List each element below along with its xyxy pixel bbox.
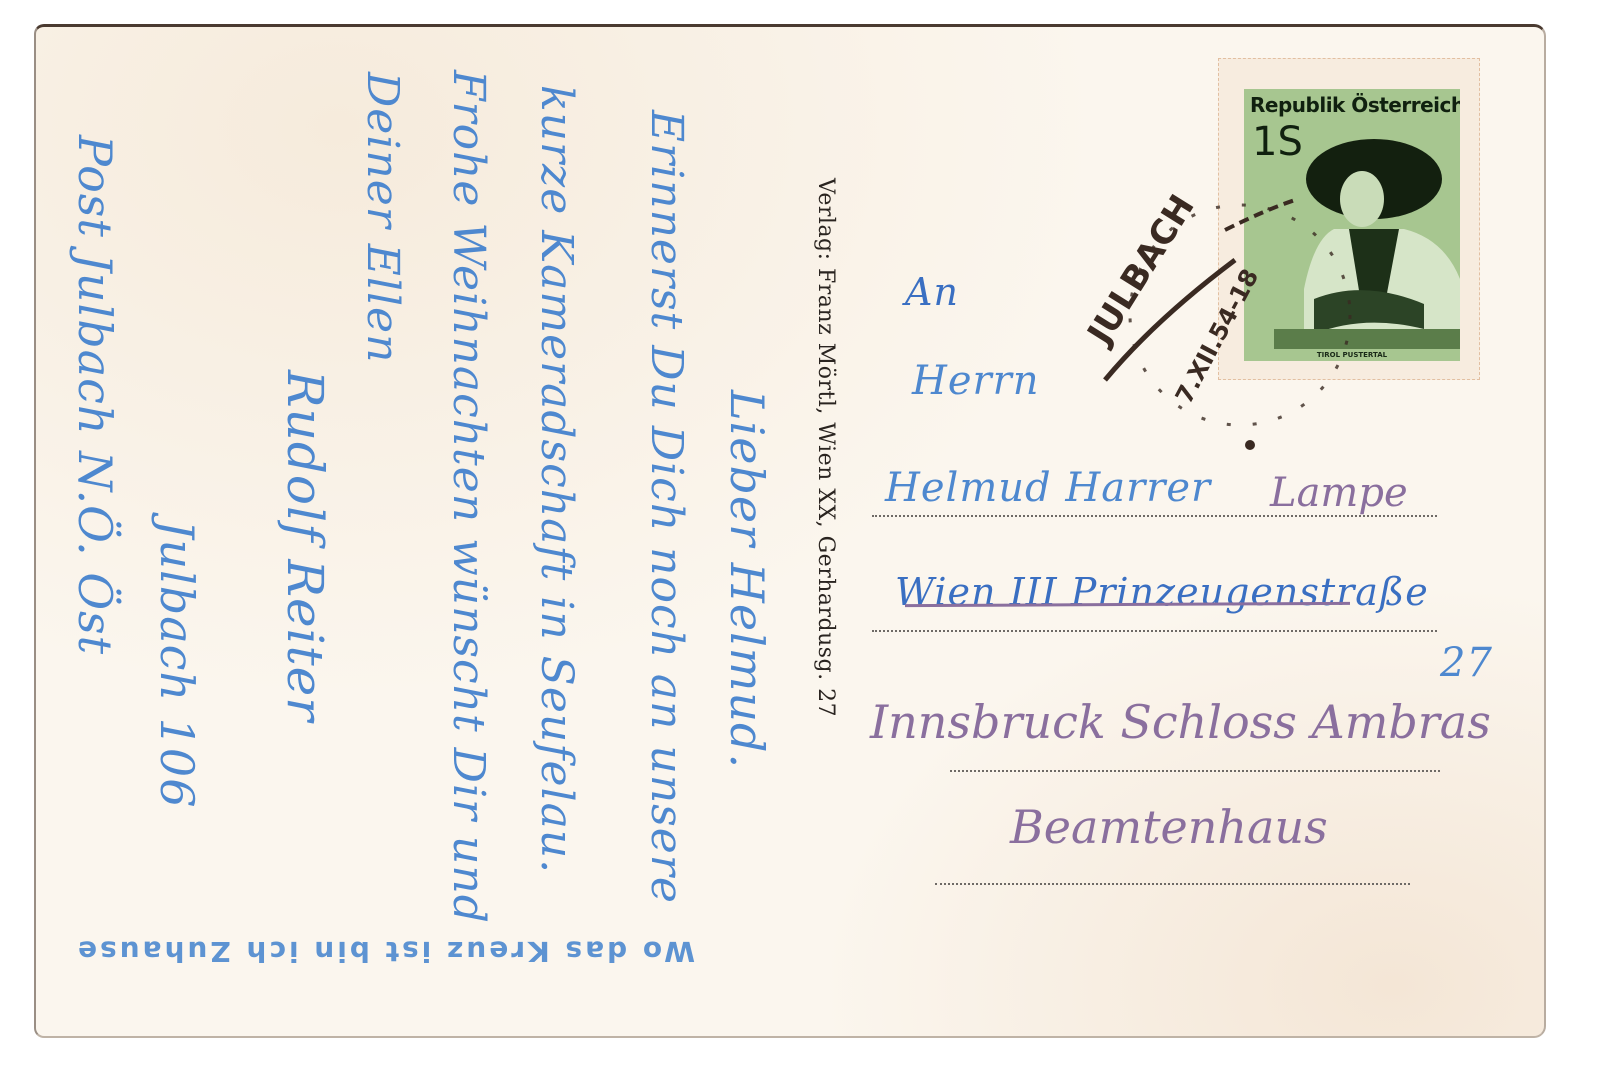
address-line-1 (872, 515, 1437, 517)
address-forward-line-1: Innsbruck Schloss Ambras (870, 695, 1491, 749)
stamp-country: Republik Österreich (1250, 93, 1460, 117)
message-line-1: Erinnerst Du Dich noch an unsere (644, 110, 688, 904)
message-line-2: kurze Kameradschaft in Seufelau. (534, 85, 578, 874)
address-line-4 (935, 883, 1410, 885)
address-forward-line-2: Beamtenhaus (1010, 800, 1328, 854)
address-line-3 (950, 770, 1440, 772)
message-signature-place: Julbach 106 (154, 520, 200, 808)
motto-text: Wo das Kreuz ist bin ich Zuhause (60, 935, 710, 968)
message-line-4: Deiner Ellen (360, 72, 404, 363)
address-line-2 (872, 630, 1437, 632)
address-salutation: An (905, 270, 959, 314)
address-title: Herrn (912, 358, 1040, 404)
publisher-imprint: Verlag: Franz Mörtl, Wien XX, Gerhardusg… (813, 178, 838, 717)
address-name: Helmud Harrer (885, 465, 1211, 511)
address-house-number: 27 (1440, 640, 1493, 686)
sender-post-office: Post Julbach N.Ö. Öst (72, 135, 118, 655)
message-greeting: Lieber Helmud. (724, 390, 770, 769)
message-line-3: Frohe Weihnachten wünscht Dir und (446, 70, 490, 924)
address-street-struck: Wien III Prinzeugenstraße (895, 570, 1429, 614)
message-signature: Rudolf Reiter (280, 370, 330, 722)
address-name-correction: Lampe (1270, 470, 1408, 516)
